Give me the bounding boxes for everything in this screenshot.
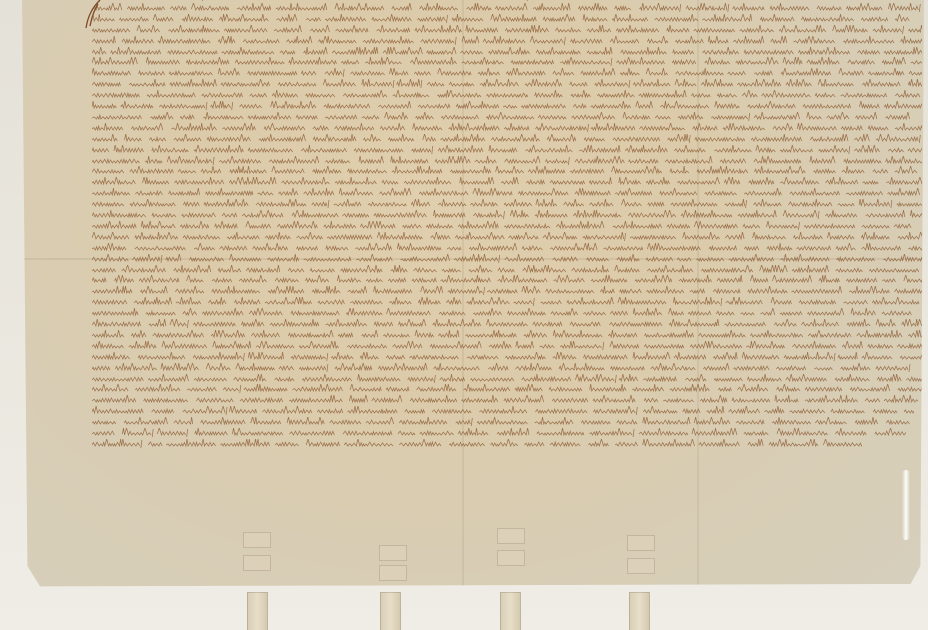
script-line (92, 363, 928, 373)
script-line (92, 36, 928, 46)
script-line (92, 199, 928, 209)
script-line (92, 25, 928, 35)
script-line (92, 221, 928, 231)
script-line (92, 188, 928, 198)
script-line (92, 352, 928, 362)
seal-tag (380, 592, 401, 630)
seal-tag (247, 592, 268, 630)
glare-reflection (902, 470, 910, 540)
seal-slot (379, 565, 407, 581)
script-line (92, 210, 928, 220)
script-line (92, 166, 928, 176)
script-line (92, 330, 928, 340)
script-line (92, 341, 928, 351)
script-line (92, 232, 928, 242)
script-line (92, 145, 928, 155)
script-line (92, 286, 928, 296)
script-line (92, 101, 928, 111)
script-line (92, 275, 928, 285)
script-line (92, 57, 928, 67)
seal-slot (497, 550, 525, 566)
script-line (92, 319, 928, 329)
parchment-sheet (22, 0, 924, 590)
script-line (92, 3, 928, 13)
seal-tag (629, 592, 650, 630)
seal-tag (500, 592, 521, 630)
script-line (92, 406, 928, 416)
script-line (92, 177, 928, 187)
script-line (92, 254, 928, 264)
script-line (92, 439, 928, 449)
script-line (92, 156, 928, 166)
handwritten-text-block (92, 0, 928, 415)
script-line (92, 134, 928, 144)
script-line (92, 47, 928, 57)
script-line (92, 123, 928, 133)
script-line (92, 265, 928, 275)
script-line (92, 79, 928, 89)
seal-slot (379, 545, 407, 561)
script-line (92, 243, 928, 253)
script-line (92, 112, 928, 122)
script-line (92, 374, 928, 384)
script-line (92, 395, 928, 405)
script-line (92, 297, 928, 307)
seal-slot (627, 535, 655, 551)
script-line (92, 384, 928, 394)
script-line (112, 0, 928, 2)
seal-slot (627, 558, 655, 574)
script-line (92, 68, 928, 78)
seal-slot (243, 532, 271, 548)
script-line (92, 428, 928, 438)
script-line (92, 90, 928, 100)
seal-slot (243, 555, 271, 571)
script-line (92, 308, 928, 318)
script-line (92, 14, 928, 24)
seal-slot (497, 528, 525, 544)
script-line (92, 417, 928, 427)
